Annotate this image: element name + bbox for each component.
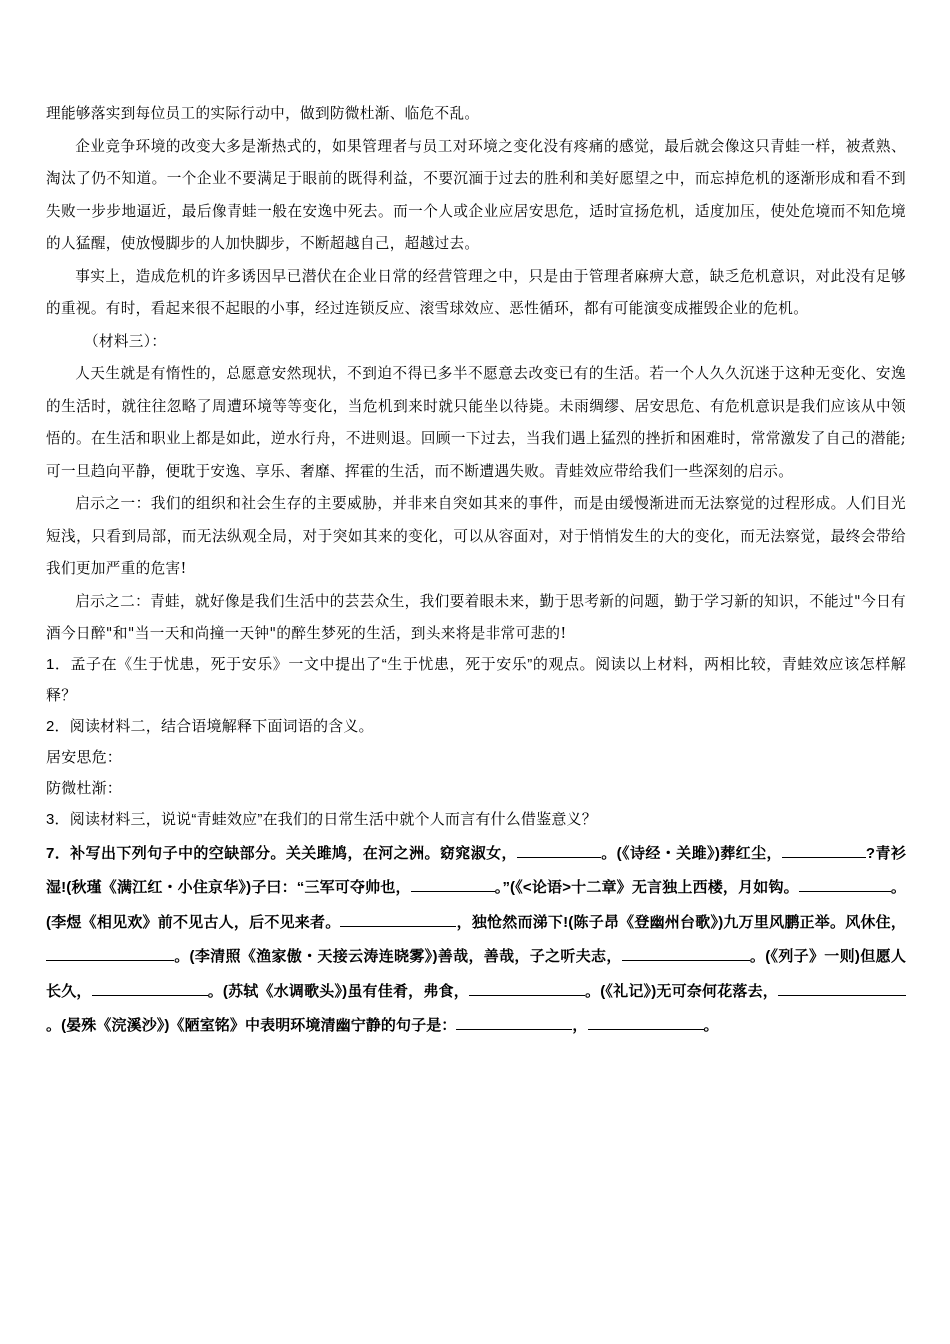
answer-blank[interactable] <box>456 1013 572 1030</box>
q7-text: ， <box>572 1017 587 1034</box>
q7-text: 。 <box>704 1017 719 1034</box>
answer-blank[interactable] <box>411 875 495 892</box>
answer-blank[interactable] <box>469 979 585 996</box>
answer-blank[interactable] <box>517 841 601 858</box>
answer-blank[interactable] <box>799 875 891 892</box>
material-two-paragraph-1: 企业竞争环境的改变大多是渐热式的，如果管理者与员工对环境之变化没有疼痛的感觉，最… <box>46 131 906 261</box>
q7-text: 。(晏殊《浣溪沙》)《陋室铭》中表明环境清幽宁静的句子是： <box>46 1017 456 1034</box>
document-page: 理能够落实到每位员工的实际行动中，做到防微杜渐、临危不乱。 企业竞争环境的改变大… <box>46 98 906 1044</box>
q7-text: 。(苏轼《水调歌头》)虽有佳肴，弗食， <box>208 983 469 1000</box>
material-three-paragraph-2: 启示之一：我们的组织和社会生存的主要威胁，并非来自突如其来的事件，而是由缓慢渐进… <box>46 488 906 586</box>
question-1: 1．孟子在《生于忧患，死于安乐》一文中提出了“生于忧患，死于安乐”的观点。阅读以… <box>46 649 906 711</box>
answer-blank[interactable] <box>782 841 866 858</box>
question-2: 2．阅读材料二，结合语境解释下面词语的含义。 <box>46 711 906 742</box>
term-ju-an-si-wei: 居安思危： <box>46 742 906 773</box>
answer-blank[interactable] <box>340 910 456 927</box>
answer-blank[interactable] <box>778 979 906 996</box>
question-3: 3．阅读材料三，说说“青蛙效应”在我们的日常生活中就个人而言有什么借鉴意义？ <box>46 804 906 835</box>
material-three-paragraph-3: 启示之二：青蛙，就好像是我们生活中的芸芸众生，我们要着眼未来，勤于思考新的问题，… <box>46 586 906 651</box>
material-three-paragraph-1: 人天生就是有惰性的，总愿意安然现状，不到迫不得已多半不愿意去改变已有的生活。若一… <box>46 358 906 488</box>
answer-blank[interactable] <box>46 944 174 961</box>
questions-section: 1．孟子在《生于忧患，死于安乐》一文中提出了“生于忧患，死于安乐”的观点。阅读以… <box>46 649 906 835</box>
q7-text: ，独怆然而涕下!(陈子昂《登幽州台歌》)九万里风鹏正举。风休住， <box>456 914 906 931</box>
material-two-paragraph-2: 事实上，造成危机的许多诱因早已潜伏在企业日常的经营管理之中，只是由于管理者麻痹大… <box>46 261 906 326</box>
q7-text: 。(《礼记》)无可奈何花落去， <box>585 983 778 1000</box>
q7-text: 7．补写出下列句子中的空缺部分。关关雎鸠，在河之洲。窈窕淑女， <box>46 845 517 862</box>
term-fang-wei-du-jian: 防微杜渐： <box>46 773 906 804</box>
material-three-label: （材料三）： <box>46 326 906 359</box>
q7-text: 。(李清照《渔家傲・天接云涛连晓雾》)善哉，善哉，子之听夫志， <box>174 948 622 965</box>
answer-blank[interactable] <box>588 1013 704 1030</box>
material-two-continuation-line: 理能够落实到每位员工的实际行动中，做到防微杜渐、临危不乱。 <box>46 98 906 131</box>
question-7-fill-in-blanks: 7．补写出下列句子中的空缺部分。关关雎鸠，在河之洲。窈窕淑女，。(《诗经・关雎》… <box>46 837 906 1044</box>
answer-blank[interactable] <box>622 944 750 961</box>
q7-text: 。”(《<论语>十二章》无言独上西楼，月如钩。 <box>495 879 799 896</box>
q7-text: 。(《诗经・关雎》)葬红尘， <box>601 845 782 862</box>
answer-blank[interactable] <box>92 979 208 996</box>
